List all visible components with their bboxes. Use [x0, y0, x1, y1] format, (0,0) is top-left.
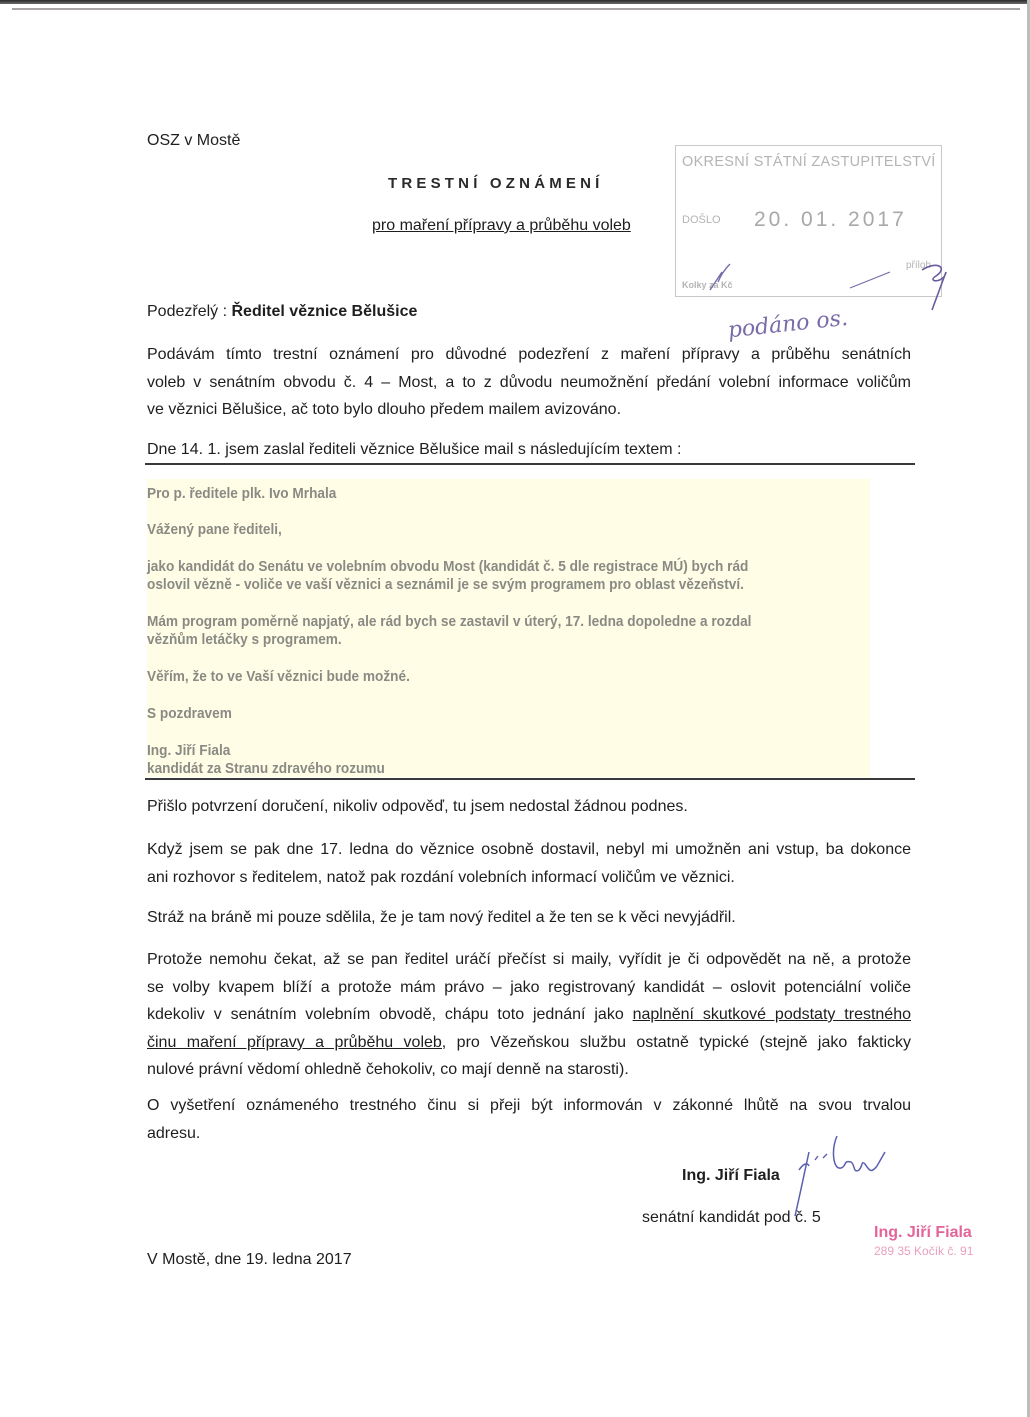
stamp-person-name: Ing. Jiří Fiala: [874, 1224, 973, 1242]
email-recipient: Pro p. ředitele plk. Ivo Mrhala: [147, 485, 336, 503]
signer-name: Ing. Jiří Fiala: [682, 1162, 780, 1189]
stamp-office-name: OKRESNÍ STÁTNÍ ZASTUPITELSTVÍ: [682, 154, 936, 170]
email-body-line: Mám program poměrně napjatý, ale rád byc…: [147, 613, 751, 631]
handwritten-stamp-marks: podáno os.: [700, 250, 960, 350]
place-and-date: V Mostě, dne 19. ledna 2017: [147, 1246, 352, 1273]
handwritten-signature: [785, 1130, 895, 1225]
handwritten-note: podáno os.: [727, 306, 849, 343]
stamp-date: 20. 01. 2017: [754, 208, 907, 232]
stamp-received-label: DOŠLO: [682, 214, 721, 226]
email-body-line: jako kandidát do Senátu ve volebním obvo…: [147, 558, 748, 576]
paragraph-no-reply: Přišlo potvrzení doručení, nikoliv odpov…: [147, 793, 911, 821]
quoted-email: Pro p. ředitele plk. Ivo Mrhala Vážený p…: [147, 479, 870, 777]
suspect-line: Podezřelý : Ředitel věznice Bělušice: [147, 298, 417, 325]
addressee: OSZ v Mostě: [147, 127, 240, 154]
email-body-line: oslovil vězně - voliče ve vaší věznici a…: [147, 576, 744, 594]
email-signature-party: kandidát za Stranu zdravého rozumu: [147, 760, 385, 778]
underlined-offense: činu maření přípravy a průběhu voleb,: [147, 1034, 446, 1051]
suspect-label: Podezřelý :: [147, 303, 227, 320]
divider-top: [145, 463, 915, 465]
document-subtitle: pro maření přípravy a průběhu voleb: [372, 212, 631, 239]
personal-stamp: Ing. Jiří Fiala 289 35 Kočík č. 91: [874, 1224, 973, 1258]
suspect-name: Ředitel věznice Bělušice: [232, 303, 418, 320]
divider-bottom: [145, 778, 915, 780]
stamp-person-address: 289 35 Kočík č. 91: [874, 1244, 973, 1258]
email-body-line: vězňům letáčky s programem.: [147, 631, 342, 649]
paragraph-reasoning: Protože nemohu čekat, až se pan ředitel …: [147, 946, 911, 1084]
email-greeting: Vážený pane řediteli,: [147, 521, 282, 539]
paragraph-complaint: Podávám tímto trestní oznámení pro důvod…: [147, 341, 911, 424]
paragraph-guard: Stráž na bráně mi pouze sdělila, že je t…: [147, 904, 911, 932]
underlined-offense: naplnění skutkové podstaty trestného: [633, 1006, 911, 1023]
email-intro: Dne 14. 1. jsem zaslal řediteli věznice …: [147, 436, 911, 464]
email-signature-name: Ing. Jiří Fiala: [147, 742, 230, 760]
scan-line: [12, 8, 1020, 10]
scan-edge-top: [0, 0, 1030, 4]
document-title: TRESTNÍ OZNÁMENÍ: [388, 170, 604, 197]
paragraph-visit: Když jsem se pak dne 17. ledna do věznic…: [147, 836, 911, 891]
email-closing: S pozdravem: [147, 705, 232, 723]
email-body-line: Věřím, že to ve Vaší věznici bude možné.: [147, 668, 410, 686]
